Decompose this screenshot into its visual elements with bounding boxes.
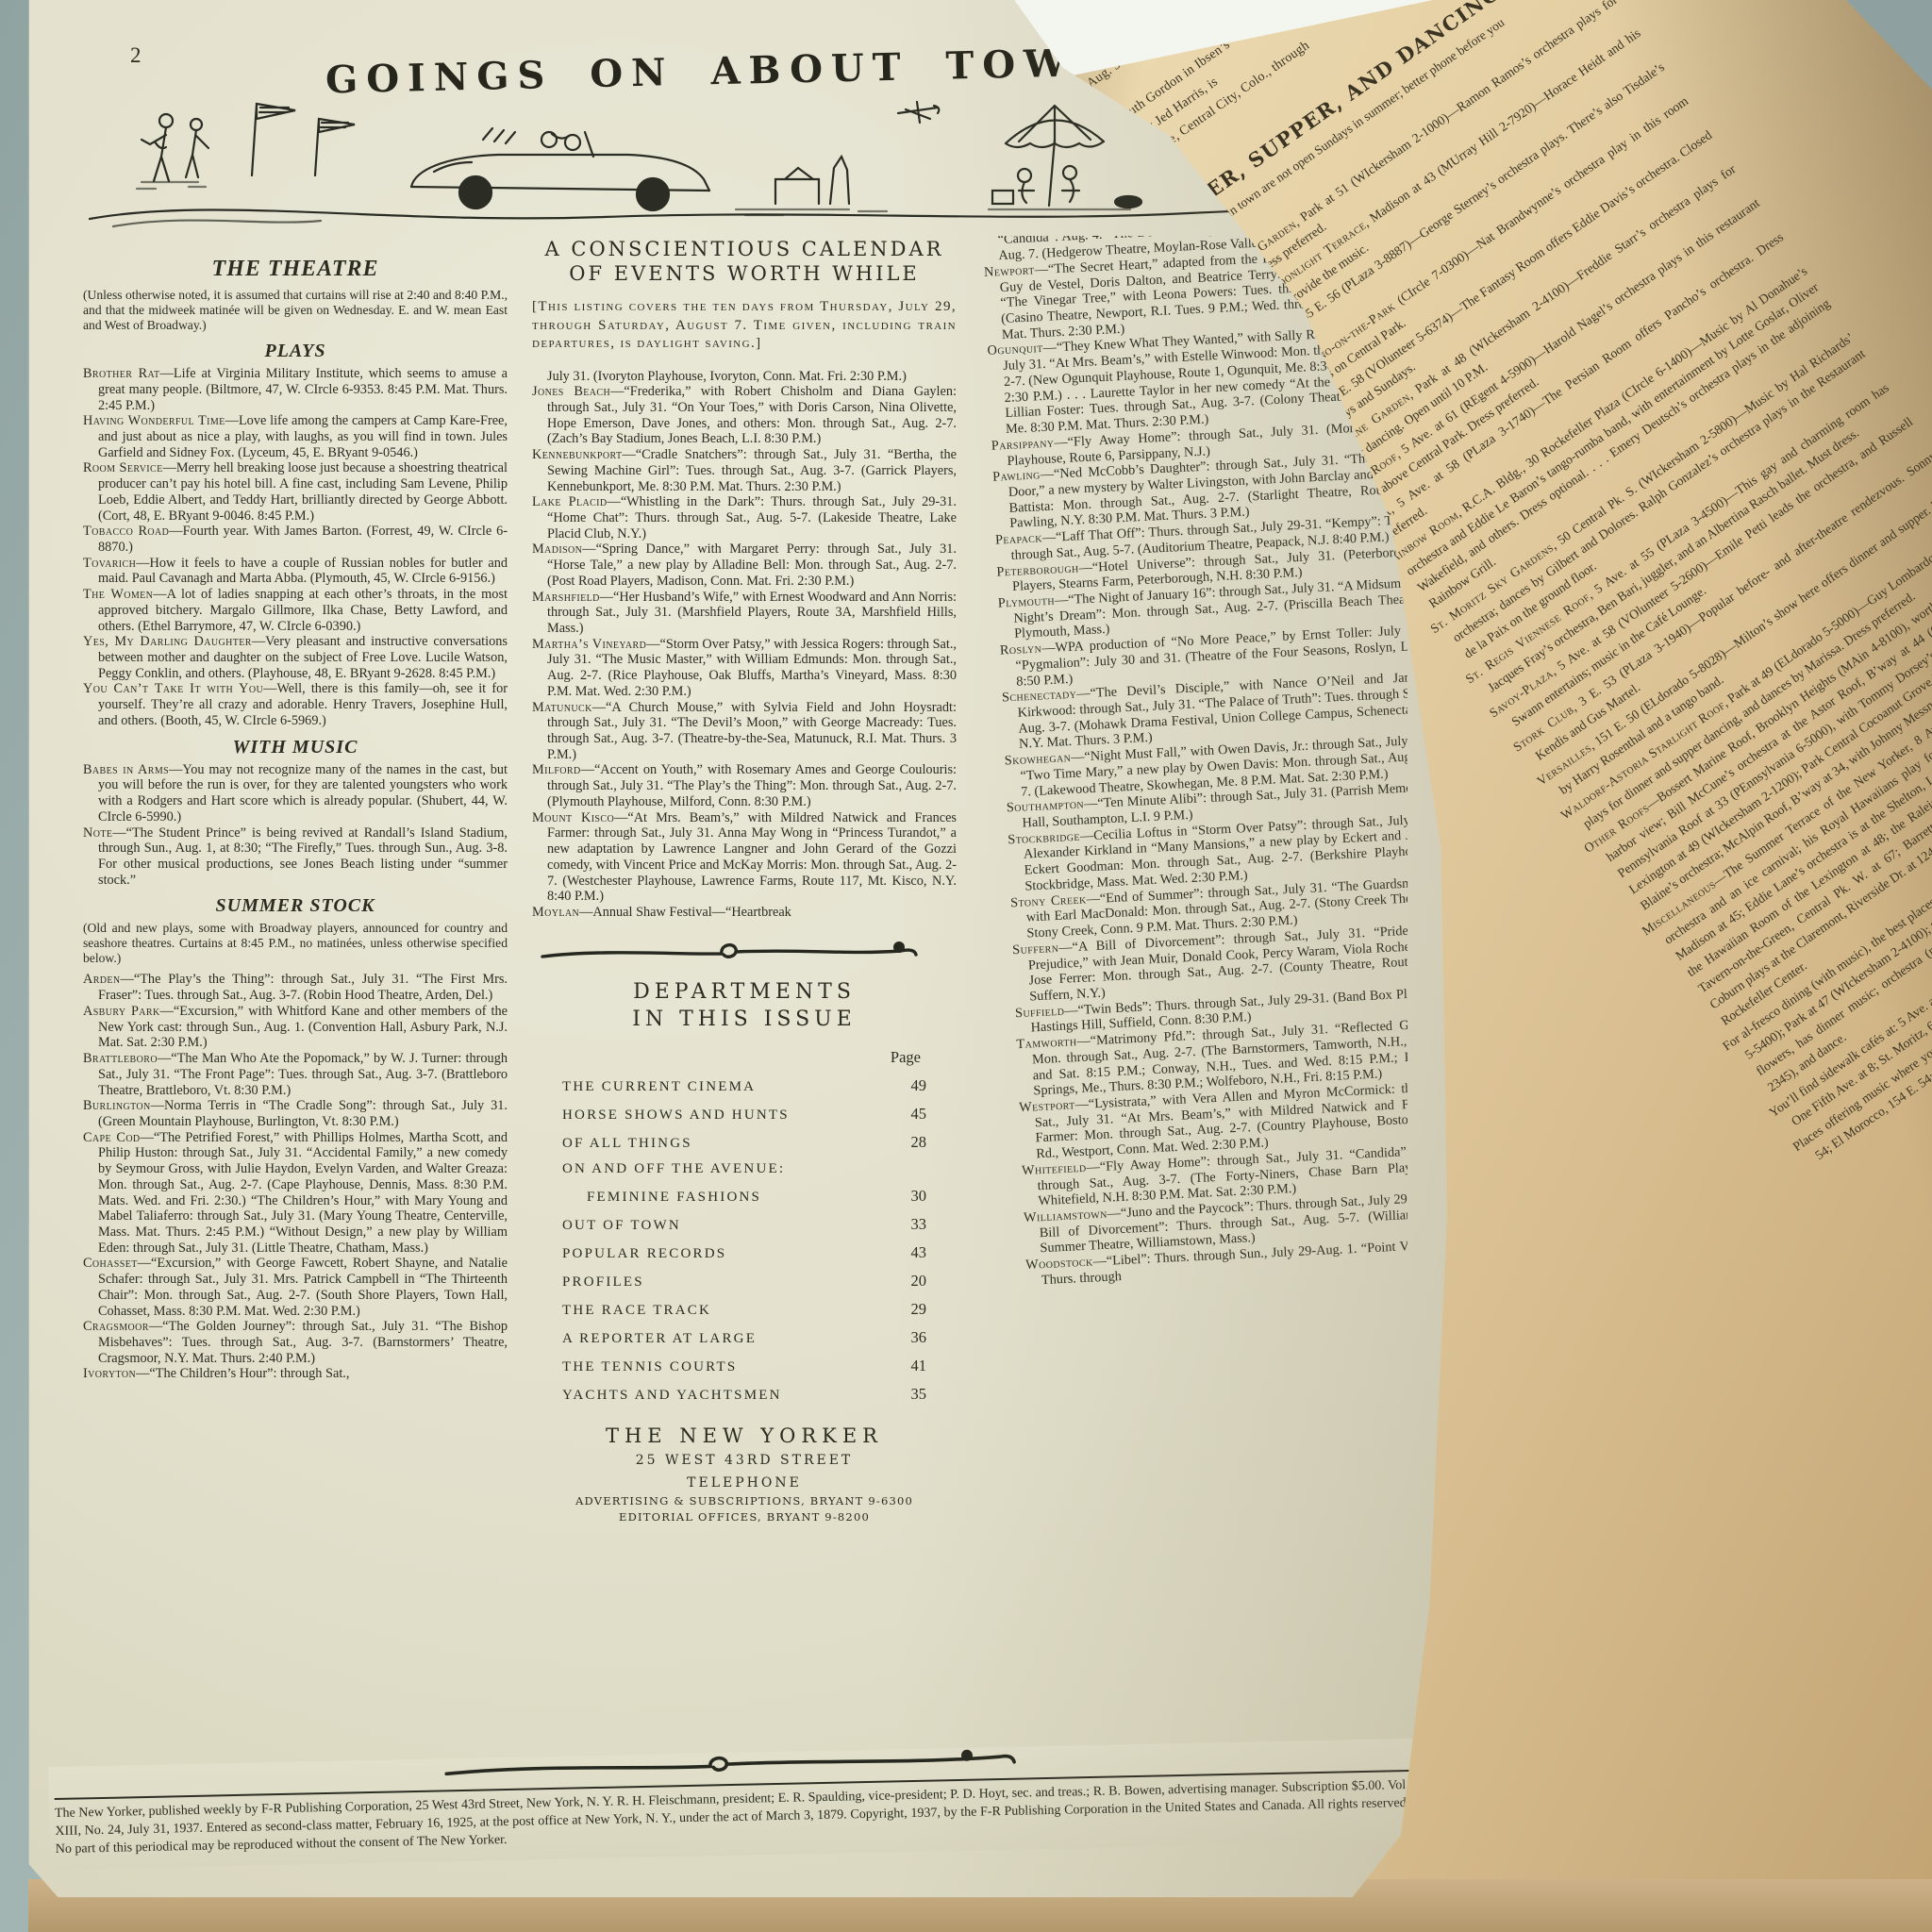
department-page-number: 30 <box>911 1187 927 1206</box>
department-row: OF ALL THINGS28 <box>562 1133 926 1152</box>
entry-lead: Whitefield <box>1022 1160 1087 1178</box>
entry-lead: Burlington <box>83 1098 151 1113</box>
department-page-number: 28 <box>911 1133 927 1152</box>
department-page-number: 41 <box>911 1357 927 1375</box>
calendar-heading: OF EVENTS WORTH WHILE <box>532 262 957 285</box>
entry-lead: Marshfield <box>532 590 600 605</box>
department-row: OUT OF TOWN33 <box>562 1215 926 1234</box>
entry-lead: Woodstock <box>1025 1255 1093 1273</box>
department-page-number: 29 <box>911 1300 927 1319</box>
department-page-number: 45 <box>911 1105 927 1124</box>
listing-entry: Mount Kisco—“At Mrs. Beam’s,” with Mildr… <box>532 810 957 905</box>
departments-heading: DEPARTMENTS <box>532 980 957 1004</box>
entry-lead: Arden <box>83 972 121 987</box>
entry-lead: Lake Placid <box>532 494 608 509</box>
sub-heading: SUMMER STOCK <box>83 895 508 917</box>
entry-lead: Skowhegan <box>1005 750 1072 768</box>
entry-lead: Milford <box>532 762 581 777</box>
listing-entry: Asbury Park—“Excursion,” with Whitford K… <box>83 1004 508 1051</box>
airplane-drawing <box>898 102 939 123</box>
listing-entry: Matunuck—“A Church Mouse,” with Sylvia F… <box>532 700 957 763</box>
department-page-number: 33 <box>911 1215 927 1234</box>
entry-lead: Stockbridge <box>1008 828 1080 847</box>
entry-lead: Matunuck <box>532 700 592 715</box>
publisher-address: 25 WEST 43RD STREET <box>532 1453 957 1468</box>
advertising-phone: ADVERTISING & SUBSCRIPTIONS, BRYANT 9-63… <box>532 1494 957 1507</box>
summer-stock-column: House”: July 29. “Saint Joan”: July 30. … <box>981 236 1407 1761</box>
listing-entry: Jones Beach—“Frederika,” with Robert Chi… <box>532 384 957 447</box>
entry-lead: Stony Creek <box>1010 891 1087 910</box>
department-label: FEMININE FASHIONS <box>587 1190 761 1206</box>
photo-scene: Sun., Aug. 5-8. (Maverick Theatre,N.Y.)N… <box>0 0 1932 1932</box>
entry-lead: Mount Kisco <box>532 810 614 825</box>
department-label: A REPORTER AT LARGE <box>562 1331 757 1347</box>
entry-lead: Southampton <box>1007 797 1085 816</box>
listing-entry: Room Service—Merry hell breaking loose j… <box>83 460 508 524</box>
department-label: HORSE SHOWS AND HUNTS <box>562 1108 790 1124</box>
department-page-number: 35 <box>911 1385 927 1404</box>
car-drawing <box>411 128 709 210</box>
department-page-number: 36 <box>911 1328 927 1347</box>
listing-entry: You Can’t Take It with You—Well, there i… <box>83 681 508 728</box>
section-note: (Unless otherwise noted, it is assumed t… <box>83 288 508 333</box>
entry-lead: Madison <box>532 541 582 557</box>
golfers-drawing <box>137 104 355 189</box>
entry-continuation: July 31. (Ivoryton Playhouse, Ivoryton, … <box>532 369 957 385</box>
text-columns: THE THEATRE(Unless otherwise noted, it i… <box>83 236 1407 1762</box>
department-row: THE TENNIS COURTS41 <box>562 1357 926 1375</box>
department-row: THE CURRENT CINEMA49 <box>562 1076 926 1095</box>
section-heading: THE THEATRE <box>83 257 508 282</box>
entry-lead: Moylan <box>532 905 579 920</box>
department-row: YACHTS AND YACHTSMEN35 <box>562 1385 926 1404</box>
entry-lead: Suffield <box>1015 1003 1065 1021</box>
entry-lead: Yes, My Darling Daughter <box>83 634 252 649</box>
publisher-box: THE NEW YORKER 25 WEST 43RD STREET TELEP… <box>532 1424 957 1524</box>
listing-entry: Brattleboro—“The Man Who Ate the Popomac… <box>83 1051 508 1098</box>
department-row: PROFILES20 <box>562 1272 926 1291</box>
listing-entry: Kennebunkport—“Cradle Snatchers”: throug… <box>532 447 957 494</box>
sub-heading: WITH MUSIC <box>83 737 508 758</box>
listing-entry: Cape Cod—“The Petrified Forest,” with Ph… <box>83 1130 508 1257</box>
entry-lead: Babes in Arms <box>83 762 169 777</box>
listing-entry: Lake Placid—“Whistling in the Dark”: Thu… <box>532 494 957 541</box>
department-label: THE CURRENT CINEMA <box>562 1079 756 1095</box>
entry-lead: Suffern <box>1012 941 1059 958</box>
calendar-scope-note: [This listing covers the ten days from T… <box>532 298 957 354</box>
listing-entry: Tobacco Road—Fourth year. With James Bar… <box>83 524 508 555</box>
department-page-number: 43 <box>911 1243 927 1262</box>
listing-entry: Brother Rat—Life at Virginia Military In… <box>83 366 508 413</box>
department-label: OF ALL THINGS <box>562 1136 692 1152</box>
department-label: THE TENNIS COURTS <box>562 1359 737 1375</box>
listing-entry: Ivoryton—“The Children’s Hour”: through … <box>83 1366 508 1382</box>
entry-lead: Peapack <box>995 530 1042 547</box>
town-drawing <box>736 157 887 215</box>
calendar-heading: A CONSCIENTIOUS CALENDAR <box>532 238 957 260</box>
listing-entry: Martha’s Vineyard—“Storm Over Patsy,” wi… <box>532 637 957 700</box>
entry-lead: Jones Beach <box>532 384 610 399</box>
entry-lead: Note <box>83 825 112 841</box>
listing-entry: Arden—“The Play’s the Thing”: through Sa… <box>83 972 508 1003</box>
speed-marks <box>483 128 515 143</box>
entry-lead: Kennebunkport <box>532 447 622 462</box>
listing-entry: Tovarich—How it feels to have a couple o… <box>83 556 508 587</box>
entry-lead: The Women <box>83 587 153 602</box>
department-label: POPULAR RECORDS <box>562 1246 726 1262</box>
department-label: OUT OF TOWN <box>562 1218 681 1234</box>
listing-entry: Note—“The Student Prince” is being reviv… <box>83 825 508 889</box>
entry-lead: Having Wonderful Time <box>83 413 225 428</box>
calendar-column: A CONSCIENTIOUS CALENDAROF EVENTS WORTH … <box>532 236 957 1762</box>
department-row: A REPORTER AT LARGE36 <box>562 1328 926 1347</box>
page-column-label: Page <box>562 1048 926 1067</box>
entry-lead: Cape Cod <box>83 1130 141 1145</box>
publisher-name: THE NEW YORKER <box>532 1424 957 1447</box>
listing-entry: Marshfield—“Her Husband’s Wife,” with Er… <box>532 590 957 637</box>
ground-line <box>90 206 1391 219</box>
entry-lead: Room Service <box>83 460 163 475</box>
department-row: ON AND OFF THE AVENUE: <box>562 1161 926 1177</box>
entry-lead: Cragsmoor <box>83 1319 149 1334</box>
listing-entry: Cohasset—“Excursion,” with George Fawcet… <box>83 1256 508 1319</box>
entry-lead: Ivoryton <box>83 1366 136 1381</box>
listing-entry: Madison—“Spring Dance,” with Margaret Pe… <box>532 541 957 589</box>
department-row: THE RACE TRACK29 <box>562 1300 926 1319</box>
department-label: PROFILES <box>562 1274 644 1291</box>
departments-box: DEPARTMENTS IN THIS ISSUE Page THE CURRE… <box>532 980 957 1524</box>
department-row: HORSE SHOWS AND HUNTS45 <box>562 1105 926 1124</box>
department-row: POPULAR RECORDS43 <box>562 1243 926 1262</box>
entry-lead: Cohasset <box>83 1256 138 1271</box>
page-number: 2 <box>130 43 142 68</box>
entry-lead: Schenectady <box>1002 687 1077 706</box>
department-label: YACHTS AND YACHTSMEN <box>562 1388 782 1404</box>
entry-lead: Plymouth <box>998 593 1056 611</box>
entry-lead: Williamstown <box>1024 1207 1108 1225</box>
section-note: (Old and new plays, some with Broadway p… <box>83 921 508 966</box>
entry-lead: Peterborough <box>996 560 1079 579</box>
entry-lead: Brother Rat <box>83 366 160 381</box>
entry-lead: Newport <box>984 262 1035 280</box>
listing-entry: Milford—“Accent on Youth,” with Rosemary… <box>532 762 957 809</box>
department-page-number: 20 <box>911 1272 927 1291</box>
entry-lead: Tobacco Road <box>83 524 169 539</box>
entry-lead: Westport <box>1019 1097 1075 1115</box>
listing-entry: Babes in Arms—You may not recognize many… <box>83 762 508 825</box>
theatre-column: THE THEATRE(Unless otherwise noted, it i… <box>83 236 508 1762</box>
entry-lead: You Can’t Take It with You <box>83 681 263 696</box>
departments-heading-2: IN THIS ISSUE <box>532 1008 957 1031</box>
listing-entry: Moylan—Annual Shaw Festival—“Heartbreak <box>532 905 957 921</box>
entry-lead: Ogunquit <box>987 341 1043 358</box>
calendar-blocks: A CONSCIENTIOUS CALENDAROF EVENTS WORTH … <box>532 238 957 921</box>
squiggle-divider <box>532 940 957 971</box>
entry-lead: Brattleboro <box>83 1051 158 1066</box>
beach-umbrella-drawing <box>989 106 1141 209</box>
entry-lead: Parsippany <box>991 435 1055 453</box>
listing-entry: Yes, My Darling Daughter—Very pleasant a… <box>83 634 508 681</box>
department-page-number: 49 <box>911 1076 927 1095</box>
listing-entry: Burlington—Norma Terris in “The Cradle S… <box>83 1098 508 1129</box>
entry-lead: Tamworth <box>1016 1034 1077 1052</box>
entry-lead: Tovarich <box>83 556 136 571</box>
listing-entry: Having Wonderful Time—Love life among th… <box>83 413 508 460</box>
entry-lead: Pawling <box>992 468 1041 485</box>
editorial-phone: EDITORIAL OFFICES, BRYANT 9-8200 <box>532 1510 957 1524</box>
listing-entry: Cragsmoor—“The Golden Journey”: through … <box>83 1319 508 1366</box>
entry-lead: Asbury Park <box>83 1004 160 1019</box>
entry-lead: Martha’s Vineyard <box>532 637 646 652</box>
telephone-label: TELEPHONE <box>532 1475 957 1491</box>
sub-heading: PLAYS <box>83 341 508 362</box>
department-label: THE RACE TRACK <box>562 1303 711 1319</box>
entry-lead: Roslyn <box>1000 641 1042 658</box>
department-row: FEMININE FASHIONS30 <box>562 1187 926 1206</box>
department-label: ON AND OFF THE AVENUE: <box>562 1161 785 1177</box>
listing-entry: The Women—A lot of ladies snapping at ea… <box>83 587 508 634</box>
departments-list: THE CURRENT CINEMA49HORSE SHOWS AND HUNT… <box>562 1076 926 1404</box>
